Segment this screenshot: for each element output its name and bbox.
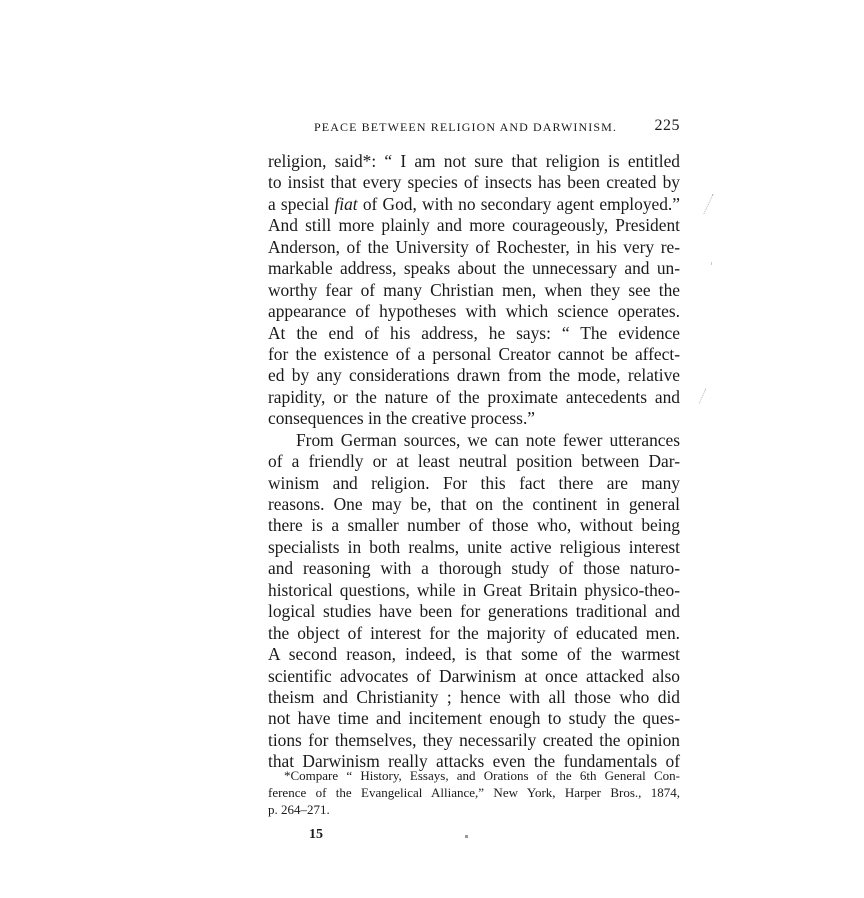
page-number: 225 [655, 116, 681, 136]
paragraph-end-line: consequences in the creative process.” [268, 408, 680, 429]
text-line: religion, said*: “ I am not sure that re… [268, 151, 680, 172]
text-line: there is a smaller number of those who, … [268, 515, 680, 536]
running-head: PEACE BETWEEN RELIGION AND DARWINISM. 22… [268, 117, 680, 137]
footnote: *Compare “ History, Essays, and Orations… [268, 767, 680, 818]
text-line: ed by any considerations drawn from the … [268, 365, 680, 386]
margin-mark [699, 389, 707, 404]
text-line: A second reason, indeed, is that some of… [268, 644, 680, 665]
footnote-line: *Compare “ History, Essays, and Orations… [268, 767, 680, 784]
text-line: tions for themselves, they necessarily c… [268, 730, 680, 751]
text-line: At the end of his address, he says: “ Th… [268, 323, 680, 344]
running-title: PEACE BETWEEN RELIGION AND DARWINISM. [314, 117, 617, 137]
text-fragment: of God, with no secondary agent employed… [363, 194, 680, 214]
footnote-line: ference of the Evangelical Alliance,” Ne… [268, 784, 680, 801]
text-line: a special fiat of God, with no secondary… [268, 194, 680, 215]
text-line: not have time and incitement enough to s… [268, 708, 680, 729]
text-line: reasons. One may be, that on the contine… [268, 494, 680, 515]
italic-word: fiat [334, 194, 357, 214]
scan-speck [465, 835, 468, 838]
book-page: PEACE BETWEEN RELIGION AND DARWINISM. 22… [0, 0, 864, 898]
scan-speck [711, 262, 712, 265]
text-line: specialists in both realms, unite active… [268, 537, 680, 558]
text-line: winism and religion. For this fact there… [268, 473, 680, 494]
text-line: appearance of hypotheses with which scie… [268, 301, 680, 322]
text-line: Anderson, of the University of Rochester… [268, 237, 680, 258]
signature-mark: 15 [309, 826, 323, 844]
text-line: markable address, speaks about the unnec… [268, 258, 680, 279]
text-line: and reasoning with a thorough study of t… [268, 558, 680, 579]
text-line: rapidity, or the nature of the proximate… [268, 387, 680, 408]
text-line: to insist that every species of insects … [268, 172, 680, 193]
text-line: scientific advocates of Darwinism at onc… [268, 666, 680, 687]
text-line: worthy fear of many Christian men, when … [268, 280, 680, 301]
text-line: And still more plainly and more courageo… [268, 215, 680, 236]
paragraph-start-line: From German sources, we can note fewer u… [268, 430, 680, 451]
margin-mark [703, 194, 713, 214]
text-fragment: a special [268, 194, 329, 214]
footnote-line: p. 264–271. [268, 801, 680, 818]
text-line: the object of interest for the majority … [268, 623, 680, 644]
text-line: logical studies have been for generation… [268, 601, 680, 622]
text-line: of a friendly or at least neutral positi… [268, 451, 680, 472]
text-line: theism and Christianity ; hence with all… [268, 687, 680, 708]
text-line: for the existence of a personal Creator … [268, 344, 680, 365]
text-line: historical questions, while in Great Bri… [268, 580, 680, 601]
body-text: religion, said*: “ I am not sure that re… [268, 151, 680, 773]
